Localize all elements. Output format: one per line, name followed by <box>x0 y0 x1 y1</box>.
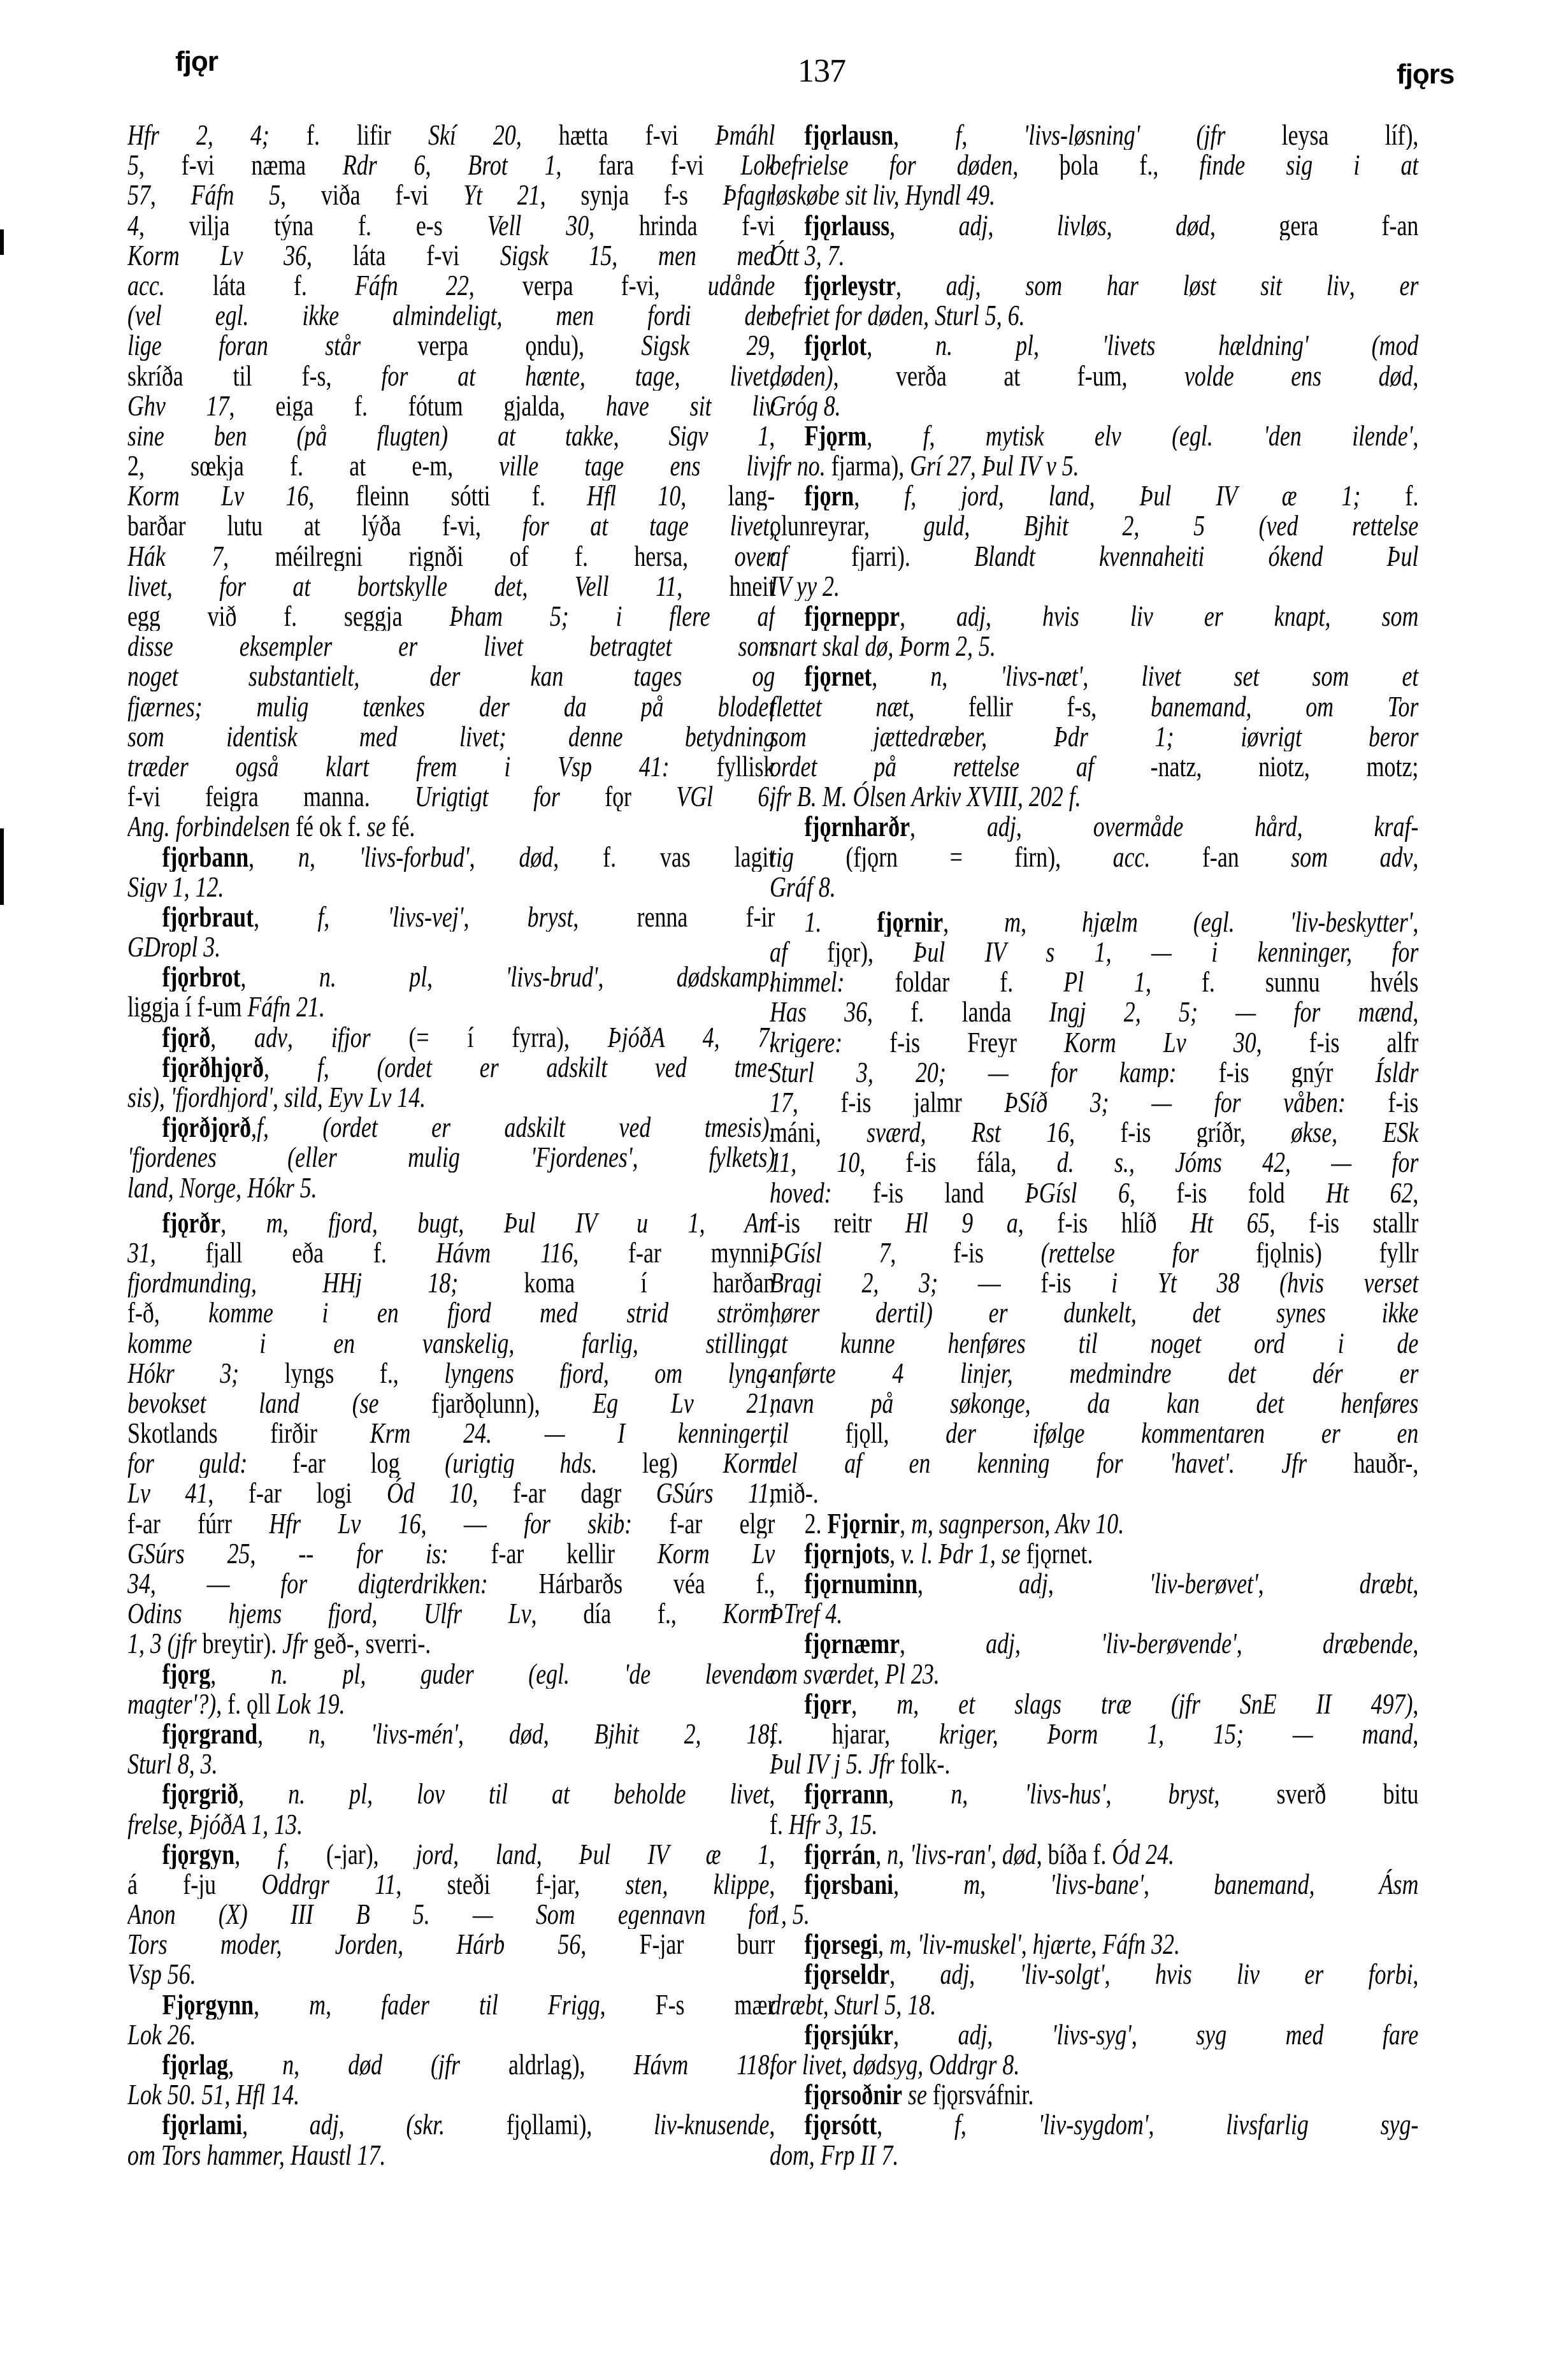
roman-text: ǫlunreyrar, <box>770 510 924 540</box>
roman-text: , <box>220 1208 266 1238</box>
headword: fjǫrðr <box>162 1208 221 1238</box>
italic-text: n. pl <box>319 962 427 992</box>
roman-text: , <box>1413 907 1418 937</box>
roman-text: f-is reitr <box>770 1208 905 1238</box>
italic-text: se <box>367 811 386 841</box>
italic-text: 'liv-sygdom' <box>1039 2109 1149 2139</box>
entry-line: 31, fjall eða f. Hávm 116, f-ar mynni, <box>127 1238 775 1267</box>
italic-text: Ang. forbindelsen <box>127 811 290 841</box>
roman-text: fyllisk <box>670 751 775 781</box>
roman-text: , <box>1413 997 1418 1027</box>
entry-line: som jættedræber, Þdr 1; iøvrigt beror <box>770 721 1418 751</box>
entry-line: jfr B. M. Ólsen Arkiv XVIII, 202 f. <box>770 781 1418 811</box>
roman-text: geð-, sverri-. <box>308 1628 431 1658</box>
roman-text: , -- <box>250 1538 356 1568</box>
italic-text: Hfl 10 <box>587 480 680 510</box>
roman-text: leysa líf), <box>1225 120 1418 150</box>
entry-line-headword: fjǫrsótt, f, 'liv-sygdom', livsfarlig sy… <box>770 2109 1418 2139</box>
italic-text: navn på søkonge, da kan det henføres <box>770 1388 1418 1418</box>
italic-text: (urigtig hds. <box>445 1448 597 1478</box>
italic-text: fjord, bugt, Þul IV u 1, Am <box>328 1208 775 1238</box>
italic-text: 57 <box>127 180 150 210</box>
italic-text: m <box>896 1689 913 1719</box>
italic-text: (rettelse for <box>1041 1238 1199 1267</box>
roman-text: , <box>851 1689 896 1719</box>
italic-text: Þfagr <box>723 180 775 210</box>
italic-text: (skr. <box>406 2109 445 2139</box>
italic-text: Eg Lv 21 <box>593 1388 769 1418</box>
entry-line: Korm Lv 36, láta f-vi Sigsk 15, men med <box>127 240 775 270</box>
roman-text: , f-is fála, <box>860 1147 1056 1177</box>
roman-text: , <box>878 1929 889 1959</box>
headword: fjǫrr <box>805 1689 852 1719</box>
entry-line: á f-ju Oddrgr 11, steði f-jar, sten, kli… <box>127 1869 775 1899</box>
roman-text: , verpa f-vi, <box>469 270 708 300</box>
italic-text: sten, klippe <box>626 1869 770 1899</box>
italic-text: mytisk elv (egl. 'den ilende' <box>986 421 1413 451</box>
entry-line: 11, 10, f-is fála, d. s., Jóms 42, — for <box>770 1147 1418 1177</box>
italic-text: 'livs-næt' <box>1000 661 1082 691</box>
roman-text: mið-. <box>770 1478 819 1508</box>
entry-line-headword: fjǫrð, adv, ifjor (= í fyrra), ÞjóðA 4, … <box>127 1022 775 1052</box>
roman-text: , fellir f-s, <box>909 691 1151 721</box>
italic-text: 11, 10 <box>770 1147 860 1177</box>
entry-line-headword: fjǫrbrot, n. pl, 'livs-brud', dødskamp, <box>127 962 775 992</box>
roman-text: , <box>426 150 468 180</box>
roman-text: , <box>969 1959 1019 1989</box>
roman-text: foldar f. <box>845 967 1064 997</box>
italic-text: bevokset land (se <box>127 1388 379 1418</box>
roman-text: fjǫrnet. <box>1021 1538 1093 1568</box>
roman-text: , <box>889 210 958 240</box>
roman-text: , F-s mær <box>600 1989 775 2019</box>
roman-text: , f-ar mynni, <box>573 1238 775 1267</box>
italic-text: n. pl, guder (egl. 'de levende <box>271 1659 775 1689</box>
italic-text: magter'?) <box>127 1689 216 1719</box>
entry-line: Hfr 2, 4; f. lifir Skí 20, hætta f-vi Þm… <box>127 120 775 150</box>
entry-line: befrielse for døden, þola f., finde sig … <box>770 150 1418 180</box>
italic-text: Gróg 8. <box>770 391 841 421</box>
roman-text: , <box>294 2049 348 2079</box>
entry-line: sis), 'fjordhjord', sild, Eyv Lv 14. <box>127 1082 775 1112</box>
italic-text: hvis liv er forbi <box>1155 1959 1413 1989</box>
entry-line-headword: fjǫrðhjǫrð, f, (ordet er adskilt ved tme… <box>127 1052 775 1082</box>
italic-text: af <box>770 937 788 967</box>
headword: fjǫrnet <box>805 661 872 691</box>
italic-text: Sigv 1 <box>669 421 770 451</box>
roman-text: , méilregni rignði of f. hersa, <box>223 541 734 571</box>
entry-line: befriet for døden, Sturl 5, 6. <box>770 300 1418 330</box>
italic-text: del af en kenning for 'havet'. Jfr <box>770 1448 1307 1478</box>
roman-text: , <box>324 1052 377 1082</box>
italic-text: 1, 5. <box>770 1899 810 1929</box>
italic-text: Bjhit 2, 18 <box>594 1719 770 1749</box>
roman-text: , día f., <box>531 1598 723 1628</box>
italic-text: for skib: <box>524 1508 632 1538</box>
running-head-left: fjǫr <box>175 46 218 78</box>
entry-line: sine ben (på flugten) at takke, Sigv 1, <box>127 421 775 451</box>
roman-text: (= í fyrra), <box>371 1022 608 1052</box>
italic-text: Ísldr <box>1376 1057 1419 1087</box>
roman-text: , f-is alfr <box>1256 1027 1419 1057</box>
italic-text: for at tage livet <box>522 510 770 540</box>
roman-text: aldrlag), <box>460 2049 634 2079</box>
italic-text: adj <box>987 811 1016 841</box>
headword: fjǫrlauss <box>805 210 890 240</box>
roman-text: f-ar elgr <box>632 1508 775 1538</box>
roman-text: , <box>234 1839 277 1869</box>
roman-text: -natz, niotz, motz; <box>1094 751 1418 781</box>
italic-text: f <box>317 1052 324 1082</box>
entry-line: Ghv 17, eiga f. fótum gjalda, have sit l… <box>127 391 775 421</box>
entry-line-headword: Fjǫrm, f, mytisk elv (egl. 'den ilende', <box>770 421 1418 451</box>
roman-text: fjǫllami), <box>445 2109 654 2139</box>
italic-text: 34 <box>127 1568 150 1598</box>
italic-text: 'livs-hus' <box>1025 1779 1105 1809</box>
italic-text: er <box>1399 270 1418 300</box>
roman-text: , <box>928 1508 939 1538</box>
italic-text: jord, land, Þul IV æ 1; <box>961 480 1360 510</box>
italic-text: løskøbe sit liv, Hyndl 49. <box>770 180 995 210</box>
italic-text: økse, ESk <box>1291 1117 1418 1147</box>
entry-line-headword: fjǫrgyn, f, (-jar), jord, land, Þul IV æ… <box>127 1839 775 1869</box>
roman-text: , <box>1258 1568 1360 1598</box>
entry-line: barðar lutu at lýða f-vi, for at tage li… <box>127 510 775 540</box>
entry-line-headword: fjǫrbraut, f, 'livs-vej', bryst, renna f… <box>127 902 775 932</box>
roman-text: , <box>896 270 946 300</box>
italic-text: Skí 20 <box>428 120 516 150</box>
italic-text: banemand, om Tor <box>1151 691 1418 721</box>
entry-line-headword: fjǫrr, m, et slags træ (jfr SnE II 497), <box>770 1689 1418 1719</box>
headword: fjǫrbann <box>162 842 249 872</box>
roman-text: , <box>1413 1628 1418 1658</box>
italic-text: adj <box>986 1628 1015 1658</box>
italic-text: hjælm (egl. 'liv-beskytter' <box>1082 907 1413 937</box>
italic-text: død <box>1176 210 1210 240</box>
italic-text: som har løst sit liv <box>1025 270 1349 300</box>
italic-text: dom, Frp II 7. <box>770 2140 898 2170</box>
italic-text: Jfr <box>282 1628 308 1658</box>
italic-text: se <box>908 2079 927 2109</box>
entry-line: tig (fjǫrn = firn), acc. f-an som adv, <box>770 842 1418 872</box>
entry-line: Odins hjems fjord, Ulfr Lv, día f., Korm <box>127 1598 775 1628</box>
roman-text: fǫr <box>560 781 676 811</box>
entry-line: for guld: f-ar log (urigtig hds. leg) Ko… <box>127 1448 775 1478</box>
roman-text: f-is Freyr <box>842 1027 1064 1057</box>
entry-line: del af en kenning for 'havet'. Jfr hauðr… <box>770 1448 1418 1478</box>
roman-text: , F-jar burr <box>580 1929 775 1959</box>
roman-text: , <box>991 1839 1002 1869</box>
italic-text: Hl 9 a <box>905 1208 1018 1238</box>
roman-text: , f-ar logi <box>208 1478 387 1508</box>
italic-text: f <box>904 480 910 510</box>
entry-line: acc. láta f. Fáfn 22, verpa f-vi, udånde <box>127 270 775 300</box>
roman-text: , <box>980 1869 1050 1899</box>
italic-text: hvis liv er knapt, som <box>1042 601 1418 631</box>
italic-text: (vel egl. ikke almindeligt, men fordi de… <box>127 300 775 330</box>
roman-text: , synja f-s <box>540 180 723 210</box>
italic-text: noget substantielt, der kan tages og <box>127 661 775 691</box>
italic-text: syg med fare <box>1196 2019 1418 2049</box>
roman-text: (fjǫrn = firn), <box>794 842 1113 872</box>
entry-line-headword: fjǫrnet, n, 'livs-næt', livet set som et <box>770 661 1418 691</box>
italic-text: Lok 26. <box>127 2019 196 2049</box>
headword: fjǫrg <box>162 1659 211 1689</box>
italic-text: fjærnes; mulig tænkes der da på blodet <box>127 691 775 721</box>
italic-text: Sturl 8, 3. <box>127 1749 218 1779</box>
headword: fjǫrðhjǫrð <box>162 1052 264 1082</box>
roman-text: , <box>913 1689 958 1719</box>
roman-text: verpa ǫndu), <box>361 330 641 360</box>
italic-text: jfr no. <box>770 451 826 480</box>
italic-text: Oddrgr 11 <box>261 1869 396 1899</box>
entry-line-headword: fjǫrleystr, adj, som har løst sit liv, e… <box>770 270 1418 300</box>
italic-text: udånde <box>708 270 775 300</box>
roman-text: , hætta f-vi <box>516 120 716 150</box>
italic-text: n <box>282 2049 294 2079</box>
italic-text: ordet på rettelse af <box>770 751 1094 781</box>
roman-text: , hneit <box>677 571 775 601</box>
roman-text: , f. landa <box>867 997 1049 1027</box>
roman-text: , <box>867 330 935 360</box>
entry-line: Skotlands firðir Krm 24. — I kenninger, <box>127 1418 775 1448</box>
entry-line: liggja í f-um Fáfn 21. <box>127 992 775 1022</box>
roman-text: , <box>961 120 1023 150</box>
italic-text: jfr B. M. Ólsen Arkiv XVIII, 202 f. <box>770 781 1081 811</box>
italic-text: Grí 27, Þul IV v 5. <box>910 451 1079 480</box>
italic-text: d. s., Jóms 42, — for <box>1057 1147 1419 1177</box>
italic-text: Korm <box>723 1598 775 1628</box>
italic-text: ÞTref 4. <box>770 1598 842 1628</box>
entry-line: Ang. forbindelsen fé ok f. se fé. <box>127 811 775 841</box>
headword: Fjǫrnir <box>827 1508 900 1538</box>
entry-line: for livet, dødsyg, Oddrgr 8. <box>770 2049 1418 2079</box>
roman-text: 2, sœkja f. at e-m, <box>127 451 499 480</box>
italic-text: n <box>930 661 942 691</box>
roman-text: , <box>326 1989 381 2019</box>
roman-text: fjǫrsváfnir. <box>927 2079 1033 2109</box>
roman-text: , <box>986 601 1042 631</box>
roman-text: fjarðǫlunn), <box>379 1388 593 1418</box>
headword: fjǫrlot <box>805 330 867 360</box>
italic-text: 31 <box>127 1238 150 1267</box>
roman-text: , <box>893 1869 963 1899</box>
roman-text: Hárbarðs véa f., <box>488 1568 775 1598</box>
italic-text: Hfr 3, 15. <box>789 1809 878 1839</box>
italic-text: f <box>955 120 961 150</box>
entry-line-headword: fjǫrlauss, adj, livløs, død, gera f-an <box>770 210 1418 240</box>
italic-text: for livet, dødsyg, Oddrgr 8. <box>770 2049 1019 2079</box>
italic-text: Hávm 116 <box>436 1238 573 1267</box>
roman-text: , <box>522 571 574 601</box>
entry-line: f-is reitr Hl 9 a, f-is hlíð Ht 65, f-is… <box>770 1208 1418 1238</box>
headword: fjǫrð <box>162 1022 211 1052</box>
italic-text: til <box>770 1418 789 1448</box>
headword: fjǫrnir <box>877 907 944 937</box>
entry-line: træder også klart frem i Vsp 41: fyllisk <box>127 751 775 781</box>
roman-text: fjǫlnis) fyllr <box>1199 1238 1419 1267</box>
entry-line: navn på søkonge, da kan det henføres <box>770 1388 1418 1418</box>
roman-text: fjǫll, <box>789 1418 946 1448</box>
roman-text: koma í harðan <box>458 1267 775 1297</box>
italic-text: m <box>309 1989 326 2019</box>
italic-text: 'livs-vej' <box>388 902 464 932</box>
entry-line: Sturl 3, 20; — for kamp: f-is gnýr Ísldr <box>770 1057 1418 1087</box>
italic-text: Þham 5; i flere af <box>449 601 775 631</box>
italic-text: have sit liv <box>606 391 775 421</box>
roman-text: , <box>1237 1628 1323 1658</box>
italic-text: Fáfn 5 <box>191 180 281 210</box>
italic-text: 'livs-syg' <box>1052 2019 1132 2049</box>
italic-text: adj <box>940 1959 969 1989</box>
italic-text: Lv 41 <box>127 1478 208 1508</box>
entry-line-headword: fjǫrnæmr, adj, 'liv-berøvende', dræbende… <box>770 1628 1418 1658</box>
roman-text: , f. sunnu hvéls <box>1146 967 1418 997</box>
roman-text: , <box>614 421 669 451</box>
entry-line-headword: fjǫrseldr, adj, 'liv-solgt', hvis liv er… <box>770 1959 1418 1989</box>
italic-text: for at hænte, tage, livet <box>381 361 769 391</box>
italic-text: GSúrs 11 <box>656 1478 770 1508</box>
italic-text: som jættedræber, Þdr 1; iøvrigt beror <box>770 721 1418 751</box>
roman-text: , sverð bitu <box>1214 1779 1418 1809</box>
roman-text: , vilja týna f. e-s <box>139 210 487 240</box>
headword: fjǫrnuminn <box>805 1568 917 1598</box>
italic-text: Lok 50. 51, Hfl 14. <box>127 2079 299 2109</box>
italic-text: Anon (X) III B 5. — Som egennavn for <box>127 1899 775 1929</box>
entry-line: Hák 7, méilregni rignði of f. hersa, ove… <box>127 541 775 571</box>
italic-text: adj <box>946 270 975 300</box>
roman-text: , <box>888 1779 951 1809</box>
italic-text: fader til Frigg <box>381 1989 600 2019</box>
roman-text: , <box>238 1779 288 1809</box>
italic-text: som adv <box>1291 842 1413 872</box>
roman-text: f-is <box>1346 1087 1418 1117</box>
roman-text: , fara f-vi <box>556 150 741 180</box>
roman-text: , lang- <box>680 480 775 510</box>
entry-line: Þul IV j 5. Jfr folk-. <box>770 1749 1418 1779</box>
roman-text: , <box>943 907 1004 937</box>
roman-text: , <box>1016 811 1093 841</box>
roman-text: fé ok f. <box>290 811 367 841</box>
roman-text: 2. <box>805 1508 828 1538</box>
entry-line: som identisk med livet; denne betydning <box>127 721 775 751</box>
roman-text: , bíða f. <box>1037 1839 1112 1869</box>
entry-line-headword: fjǫrlami, adj, (skr. fjǫllami), liv-knus… <box>127 2109 775 2139</box>
roman-text: , <box>1105 1779 1168 1809</box>
roman-text: , hrinda f-vi <box>589 210 775 240</box>
italic-text: 1, 3 (jfr <box>127 1628 197 1658</box>
italic-text: liv-knusende <box>654 2109 769 2139</box>
italic-text: befriet for døden, Sturl 5, 6. <box>770 300 1025 330</box>
roman-text: , <box>872 661 930 691</box>
italic-text: Urigtigt for <box>415 781 560 811</box>
roman-text: , verða at f-um, <box>833 361 1184 391</box>
entry-line: dræbt, Sturl 5, 18. <box>770 1989 1418 2019</box>
roman-text: , <box>240 962 319 992</box>
entry-line: (vel egl. ikke almindeligt, men fordi de… <box>127 300 775 330</box>
roman-text: , <box>910 811 987 841</box>
roman-text: — f-is <box>938 1267 1111 1297</box>
italic-text: for is: <box>356 1538 449 1568</box>
headword: fjǫrðjǫrð <box>162 1112 251 1142</box>
headword: fjǫrsegi <box>805 1929 879 1959</box>
roman-text: , <box>324 902 387 932</box>
roman-text: , <box>210 1659 271 1689</box>
italic-text: Hfr Lv 16 <box>269 1508 421 1538</box>
entry-line: 4, vilja týna f. e-s Vell 30, hrinda f-v… <box>127 210 775 240</box>
roman-text: , <box>942 661 1000 691</box>
italic-text: f, (ordet er adskilt ved tmesis), <box>257 1112 775 1142</box>
italic-text: træder også klart frem i Vsp 41: <box>127 751 670 781</box>
roman-text: , <box>1413 1689 1418 1719</box>
italic-text: fjordmunding, HHj 18; <box>127 1267 458 1297</box>
italic-text: n <box>887 1839 898 1869</box>
roman-text: f-ar fúrr <box>127 1508 269 1538</box>
roman-text: , <box>961 2109 1039 2139</box>
entry-line: f. Hfr 3, 15. <box>770 1809 1418 1839</box>
headword: fjǫrlag <box>162 2049 229 2079</box>
entry-line: magter'?), f. ǫll Lok 19. <box>127 1689 775 1719</box>
entry-line: anførte 4 linjer, medmindre det dér er <box>770 1358 1418 1388</box>
roman-text: skríða til f-s, <box>127 361 381 391</box>
italic-text: dræbende <box>1323 1628 1413 1658</box>
italic-text: Korm Lv 16 <box>127 480 308 510</box>
italic-text: Þmáhl <box>716 120 775 150</box>
roman-text: , <box>889 1959 940 1989</box>
italic-text: Ingj 2, 5; — for mænd <box>1049 997 1413 1027</box>
roman-text: , <box>228 2049 282 2079</box>
roman-text: , <box>251 1112 257 1142</box>
italic-text: 'livs-mén' <box>371 1719 458 1749</box>
italic-text: Ht 65 <box>1190 1208 1269 1238</box>
roman-text: f-is gnýr <box>1177 1057 1376 1087</box>
entry-line: til fjǫll, der ifølge kommentaren er en <box>770 1418 1418 1448</box>
entry-line: 2, sœkja f. at e-m, ville tage ens liv, <box>127 451 775 480</box>
italic-text: adj <box>958 2019 988 2049</box>
italic-text: Hókr 3; <box>127 1358 239 1388</box>
italic-text: der ifølge kommentaren er en <box>946 1418 1418 1448</box>
entry-line: jfr no. fjarma), Grí 27, Þul IV v 5. <box>770 451 1418 480</box>
entry-line: GDropl 3. <box>127 932 775 962</box>
italic-text: overmåde hård, kraf- <box>1093 811 1419 841</box>
roman-text: , f. vas lagit <box>553 842 775 872</box>
headword: Fjǫrm <box>805 421 867 451</box>
headword: fjǫrlausn <box>805 120 894 150</box>
entry-line: ǫlunreyrar, guld, Bjhit 2, 5 (ved rettel… <box>770 510 1418 540</box>
italic-text: Fáfn 21. <box>247 992 325 1022</box>
italic-text: Ód 10 <box>387 1478 472 1508</box>
italic-text: Pl 1 <box>1063 967 1146 997</box>
italic-text: som identisk med livet; denne betydning <box>127 721 775 751</box>
italic-text: GDropl 3. <box>127 932 220 962</box>
italic-text: død <box>1002 1839 1037 1869</box>
entry-line: komme i en vanskelig, farlig, stilling, <box>127 1328 775 1358</box>
italic-text: livløs <box>1057 210 1107 240</box>
entry-line: 'fjordenes (eller mulig 'Fjordenes', fyl… <box>127 1142 775 1172</box>
entry-line: Sturl 8, 3. <box>127 1749 775 1779</box>
italic-text: Ghv 17 <box>127 391 229 421</box>
roman-text: á f-ju <box>127 1869 261 1899</box>
italic-text: v. l. Þdr 1, se <box>901 1538 1021 1568</box>
roman-text: , <box>310 842 359 872</box>
italic-text: acc. <box>127 270 165 300</box>
scan-edge-artifact <box>0 828 4 905</box>
roman-text: , <box>893 2019 958 2049</box>
entry-line: himmel: foldar f. Pl 1, f. sunnu hvéls <box>770 967 1418 997</box>
italic-text: Vell 30 <box>487 210 589 240</box>
italic-text: 'livs-forbud' <box>359 842 470 872</box>
roman-text: , fleinn sótti f. <box>308 480 587 510</box>
